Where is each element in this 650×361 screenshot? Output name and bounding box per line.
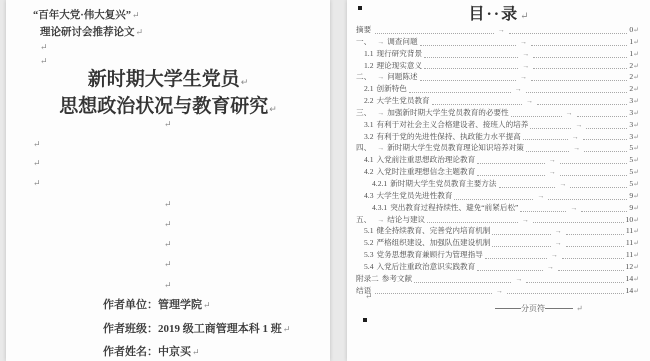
tab-arrow-icon: → [555,227,562,235]
pilcrow-mark: ↵ [633,62,639,70]
toc-page[interactable]: 目··录↵ 摘要 → 0 ↵ 一、 → 调查问题 → 1 ↵ 1.1 现行研究背… [347,0,650,361]
toc-title: 目··录↵ [347,1,650,24]
author-unit-label: 作者单位： [103,299,158,311]
pilcrow-mark: ↵ [633,192,639,200]
dot-leader [584,150,627,152]
toc-text: 结论与建议 [387,214,425,225]
toc-row[interactable]: 4.2.1 新时期大学生党员教育主要方法 → 5 ↵ [356,178,639,190]
toc-row[interactable]: 结语 → 14 ↵ [356,285,639,297]
dot-leader [432,103,522,105]
tab-arrow-icon: → [520,38,527,46]
pilcrow-mark: ↵ [633,26,639,34]
dot-leader [414,281,511,283]
toc-row[interactable]: 1.2 理论现实意义 → 2 ↵ [356,60,639,72]
toc-text: 入党前注重思想政治理论教育 [377,154,476,165]
toc-text: 严格组织建设、加强队伍建设机制 [377,237,491,248]
pilcrow-mark: ↵ [633,275,639,283]
pilcrow-mark: ↵ [520,11,528,22]
toc-text: 入党时注重理想信念主题教育 [377,166,476,177]
toc-text: 入党后注重政治意识实践教育 [377,261,476,272]
black-square-mark [363,318,367,322]
pilcrow-mark: ↵ [633,156,639,164]
author-class-value: 2019 级工商管理本科 1 班 [158,323,282,335]
cover-header-line2-text: 理论研讨会推荐论文 [40,27,135,38]
pilcrow-mark: ↵ [164,281,172,290]
dot-leader [558,269,624,271]
toc-row[interactable]: 5.4 入党后注重政治意识实践教育 → 12 ↵ [356,261,639,273]
dot-leader [526,91,628,93]
toc-page-number: 14 [626,274,634,283]
toc-title-text: 目··录 [468,6,519,23]
toc-prefix: 五、 [356,214,371,225]
dot-leader [454,198,533,200]
pilcrow-mark: ↵ [203,300,211,310]
toc-row[interactable]: 5.3 党务思想教育兼顾行为管理指导 → 11 ↵ [356,249,639,261]
tab-arrow-after-prefix-icon: → [377,144,384,152]
pilcrow-mark: ↵ [633,204,639,212]
pilcrow-mark: ↵ [633,121,639,129]
toc-prefix: 三、 [356,107,371,118]
toc-text: 新时期大学生党员教育理论知识培养对策 [387,142,524,153]
toc-page-number: 10 [626,215,634,224]
toc-text: 大学生党员教育 [377,95,430,106]
dot-leader [577,115,628,117]
pilcrow-mark: ↵ [164,220,172,229]
dot-leader [560,174,628,176]
pilcrow-mark: ↵ [33,179,41,188]
tab-arrow-icon: → [549,168,556,176]
toc-prefix: 4.2.1 [372,179,387,188]
toc-prefix: 附录二 [356,273,379,284]
pilcrow-mark: ↵ [633,168,639,176]
pilcrow-mark: ↵ [633,50,639,58]
dot-leader [424,67,518,69]
cover-header-line2: 理论研讨会推荐论文↵ [33,24,143,41]
cover-header-line1-text: “百年大党·伟大复兴” [33,10,131,21]
toc-prefix: 5.2 [364,238,374,247]
cover-title-line2-text: 思想政治状况与教育研究 [59,96,268,117]
toc-row[interactable]: 四、 → 新时期大学生党员教育理论知识培养对策 → 5 ↵ [356,142,639,154]
dot-leader [492,233,550,235]
toc-row[interactable]: 2.2 大学生党员教育 → 3 ↵ [356,95,639,107]
pilcrow-mark: ↵ [633,97,639,105]
document-view: “百年大党·伟大复兴”↵ 理论研讨会推荐论文↵ 新时期大学生党员↵ 思想政治状况… [0,0,650,361]
pilcrow-mark: ↵ [633,133,639,141]
toc-prefix: 2.2 [364,96,374,105]
author-unit-value: 管理学院 [158,299,202,311]
pilcrow-mark: ↵ [633,180,639,188]
cover-title-line1-text: 新时期大学生党员 [88,69,240,90]
tab-arrow-icon: → [572,133,579,141]
dot-leader [499,186,556,188]
pilcrow-mark: ↵ [576,304,583,313]
pilcrow-mark: ↵ [164,120,172,129]
dot-leader [526,281,623,283]
toc-text: 新时期大学生党员教育主要方法 [390,178,496,189]
toc-page-number: 11 [626,226,633,235]
dot-leader [566,233,624,235]
dot-leader [562,257,624,259]
dot-leader [537,103,627,105]
tab-arrow-icon: → [515,275,522,283]
dot-leader [477,269,543,271]
dot-leader [427,221,518,223]
tab-arrow-icon: → [570,204,577,212]
pilcrow-mark: ↵ [365,292,373,301]
toc-row[interactable]: 附录二 参考文献 → 14 ↵ [356,273,639,285]
pilcrow-mark: ↵ [633,263,639,271]
dot-leader [533,56,627,58]
tab-arrow-icon: → [559,180,566,188]
author-block: 作者单位：管理学院↵ 作者班级：2019 级工商管理本科 1 班↵ 作者姓名：中… [103,294,290,361]
toc-prefix: 2.1 [364,84,374,93]
dot-leader [583,138,628,140]
tab-arrow-icon: → [547,263,554,271]
toc-text: 问题陈述 [387,71,417,82]
dot-leader [533,221,624,223]
dot-leader [424,56,518,58]
pilcrow-mark: ↵ [192,347,200,357]
toc-row[interactable]: 4.2 入党时注重理想信念主题教育 → 5 ↵ [356,166,639,178]
pilcrow-mark: ↵ [633,287,639,295]
pilcrow-mark: ↵ [633,251,639,259]
author-class-label: 作者班级： [103,323,158,335]
tab-arrow-icon: → [537,192,544,200]
toc-text: 调查问题 [387,36,417,47]
tab-arrow-icon: → [575,121,582,129]
tab-arrow-icon: → [522,50,529,58]
dot-leader [560,162,628,164]
page-break-line [545,308,573,309]
toc-prefix: 1.2 [364,61,374,70]
dot-leader [581,210,627,212]
tab-arrow-after-prefix-icon: → [377,216,384,224]
dot-leader [548,198,627,200]
dot-leader [520,210,566,212]
dot-leader [409,91,511,93]
dot-leader [511,115,562,117]
pilcrow-mark: ↵ [633,85,639,93]
toc-row[interactable]: 4.3 大学生党员先进性教育 → 9 ↵ [356,190,639,202]
tab-arrow-after-prefix-icon: → [377,109,384,117]
toc-prefix: 摘要 [356,24,371,35]
toc-prefix: 5.3 [364,250,374,259]
toc-text: 理论现实意义 [377,60,423,71]
toc-text: 有利于对社会主义合格建设者、接班人的培养 [377,119,529,130]
pilcrow-mark: ↵ [633,216,639,224]
toc-page-number: 11 [626,250,633,259]
dot-leader [566,245,624,247]
toc-row[interactable]: 1.1 现行研究背景 → 1 ↵ [356,48,639,60]
toc-text: 党务思想教育兼顾行为管理指导 [377,249,483,260]
pilcrow-mark: ↵ [164,260,172,269]
toc-list: 摘要 → 0 ↵ 一、 → 调查问题 → 1 ↵ 1.1 现行研究背景 → 1 … [356,24,639,296]
toc-row[interactable]: 4.3.1 突出教育过程持续性、避免“前紧后松” → 9 ↵ [356,202,639,214]
author-unit-row: 作者单位：管理学院↵ [103,294,290,318]
toc-page-number: 11 [626,238,633,247]
toc-prefix: 5.1 [364,226,374,235]
dot-leader [523,138,568,140]
cover-title-line1: 新时期大学生党员↵ [6,68,330,95]
pilcrow-mark: ↵ [132,10,140,20]
pilcrow-mark: ↵ [136,27,144,37]
tab-arrow-icon: → [549,156,556,164]
dot-leader [420,79,516,81]
toc-text: 现行研究背景 [377,48,423,59]
dot-leader [477,174,545,176]
pilcrow-mark: ↵ [40,43,48,52]
pilcrow-mark: ↵ [33,140,41,149]
toc-page-number: 14 [626,286,634,295]
author-name-row: 作者姓名：中京买↵ [103,341,290,361]
pilcrow-mark: ↵ [633,239,639,247]
pilcrow-mark: ↵ [633,109,639,117]
toc-row[interactable]: 3.2 有利于党的先进性保持、执政能力水平提高 → 3 ↵ [356,131,639,143]
toc-text: 参考文献 [382,273,412,284]
tab-arrow-icon: → [498,26,505,34]
toc-row[interactable]: 二、 → 问题陈述 → 2 ↵ [356,71,639,83]
dot-leader [531,79,627,81]
pilcrow-mark: ↵ [164,200,172,209]
tab-arrow-icon: → [522,216,529,224]
dot-leader [533,67,627,69]
toc-text: 突出教育过程持续性、避免“前紧后松” [390,202,518,213]
toc-prefix: 4.3.1 [372,203,387,212]
toc-row[interactable]: 2.1 创新特色 → 2 ↵ [356,83,639,95]
cover-header: “百年大党·伟大复兴”↵ 理论研讨会推荐论文↵ [33,7,143,41]
tab-arrow-icon: → [520,73,527,81]
toc-row[interactable]: 五、 → 结论与建议 → 10 ↵ [356,214,639,226]
tab-arrow-after-prefix-icon: → [377,38,384,46]
dot-leader [375,32,494,34]
toc-prefix: 4.3 [364,191,374,200]
page-break-label: 分页符 [521,303,545,314]
cover-title: 新时期大学生党员↵ 思想政治状况与教育研究↵ [6,68,330,121]
dot-leader [507,292,624,294]
pilcrow-mark: ↵ [633,73,639,81]
toc-text: 有利于党的先进性保持、执政能力水平提高 [377,131,521,142]
toc-prefix: 一、 [356,36,371,47]
dot-leader [509,32,628,34]
cover-header-line1: “百年大党·伟大复兴”↵ [33,7,143,24]
pilcrow-mark: ↵ [269,104,277,114]
cover-page[interactable]: “百年大党·伟大复兴”↵ 理论研讨会推荐论文↵ 新时期大学生党员↵ 思想政治状况… [6,0,330,361]
dot-leader [586,127,627,129]
tab-arrow-after-prefix-icon: → [377,73,384,81]
author-name-value: 中京买 [158,346,191,358]
dot-leader [570,186,627,188]
dot-leader [485,257,547,259]
toc-prefix: 1.1 [364,49,374,58]
dot-leader [420,44,516,46]
pilcrow-mark: ↵ [633,144,639,152]
tab-arrow-icon: → [566,109,573,117]
dot-leader [526,150,569,152]
toc-row[interactable]: 摘要 → 0 ↵ [356,24,639,36]
pilcrow-mark: ↵ [164,240,172,249]
toc-row[interactable]: 三、 → 加强新时期大学生党员教育的必要性 → 3 ↵ [356,107,639,119]
toc-prefix: 5.4 [364,262,374,271]
cover-title-line2: 思想政治状况与教育研究↵ [6,95,330,122]
author-class-row: 作者班级：2019 级工商管理本科 1 班↵ [103,318,290,342]
dot-leader [375,292,492,294]
toc-prefix: 3.2 [364,132,374,141]
toc-page-number: 12 [626,262,634,271]
toc-prefix: 二、 [356,71,371,82]
tab-arrow-icon: → [573,144,580,152]
tab-arrow-icon: → [515,85,522,93]
pilcrow-mark: ↵ [33,159,41,168]
tab-arrow-icon: → [555,239,562,247]
dot-leader [531,44,627,46]
tab-arrow-icon: → [496,287,503,295]
toc-row[interactable]: 4.1 入党前注重思想政治理论教育 → 5 ↵ [356,154,639,166]
toc-text: 大学生党员先进性教育 [377,190,453,201]
toc-text: 加强新时期大学生党员教育的必要性 [387,107,509,118]
tab-arrow-icon: → [551,251,558,259]
pilcrow-mark: ↵ [633,38,639,46]
pilcrow-mark: ↵ [283,324,291,334]
page-break-line [495,308,521,309]
toc-row[interactable]: 一、 → 调查问题 → 1 ↵ [356,36,639,48]
toc-row[interactable]: 3.1 有利于对社会主义合格建设者、接班人的培养 → 3 ↵ [356,119,639,131]
author-name-label: 作者姓名： [103,346,158,358]
toc-prefix: 4.1 [364,155,374,164]
toc-text: 健全持续教育、完善党内培育机制 [377,225,491,236]
dot-leader [492,245,550,247]
toc-row[interactable]: 5.1 健全持续教育、完善党内培育机制 → 11 ↵ [356,225,639,237]
page-break-marker: 分页符 ↵ [495,303,583,314]
tab-arrow-icon: → [522,62,529,70]
toc-text: 创新特色 [377,83,407,94]
toc-prefix: 4.2 [364,167,374,176]
pilcrow-mark: ↵ [40,57,48,66]
pilcrow-mark: ↵ [633,227,639,235]
toc-row[interactable]: 5.2 严格组织建设、加强队伍建设机制 → 11 ↵ [356,237,639,249]
pilcrow-mark: ↵ [241,77,249,87]
toc-prefix: 四、 [356,142,371,153]
dot-leader [477,162,545,164]
dot-leader [530,127,571,129]
toc-prefix: 3.1 [364,120,374,129]
tab-arrow-icon: → [526,97,533,105]
